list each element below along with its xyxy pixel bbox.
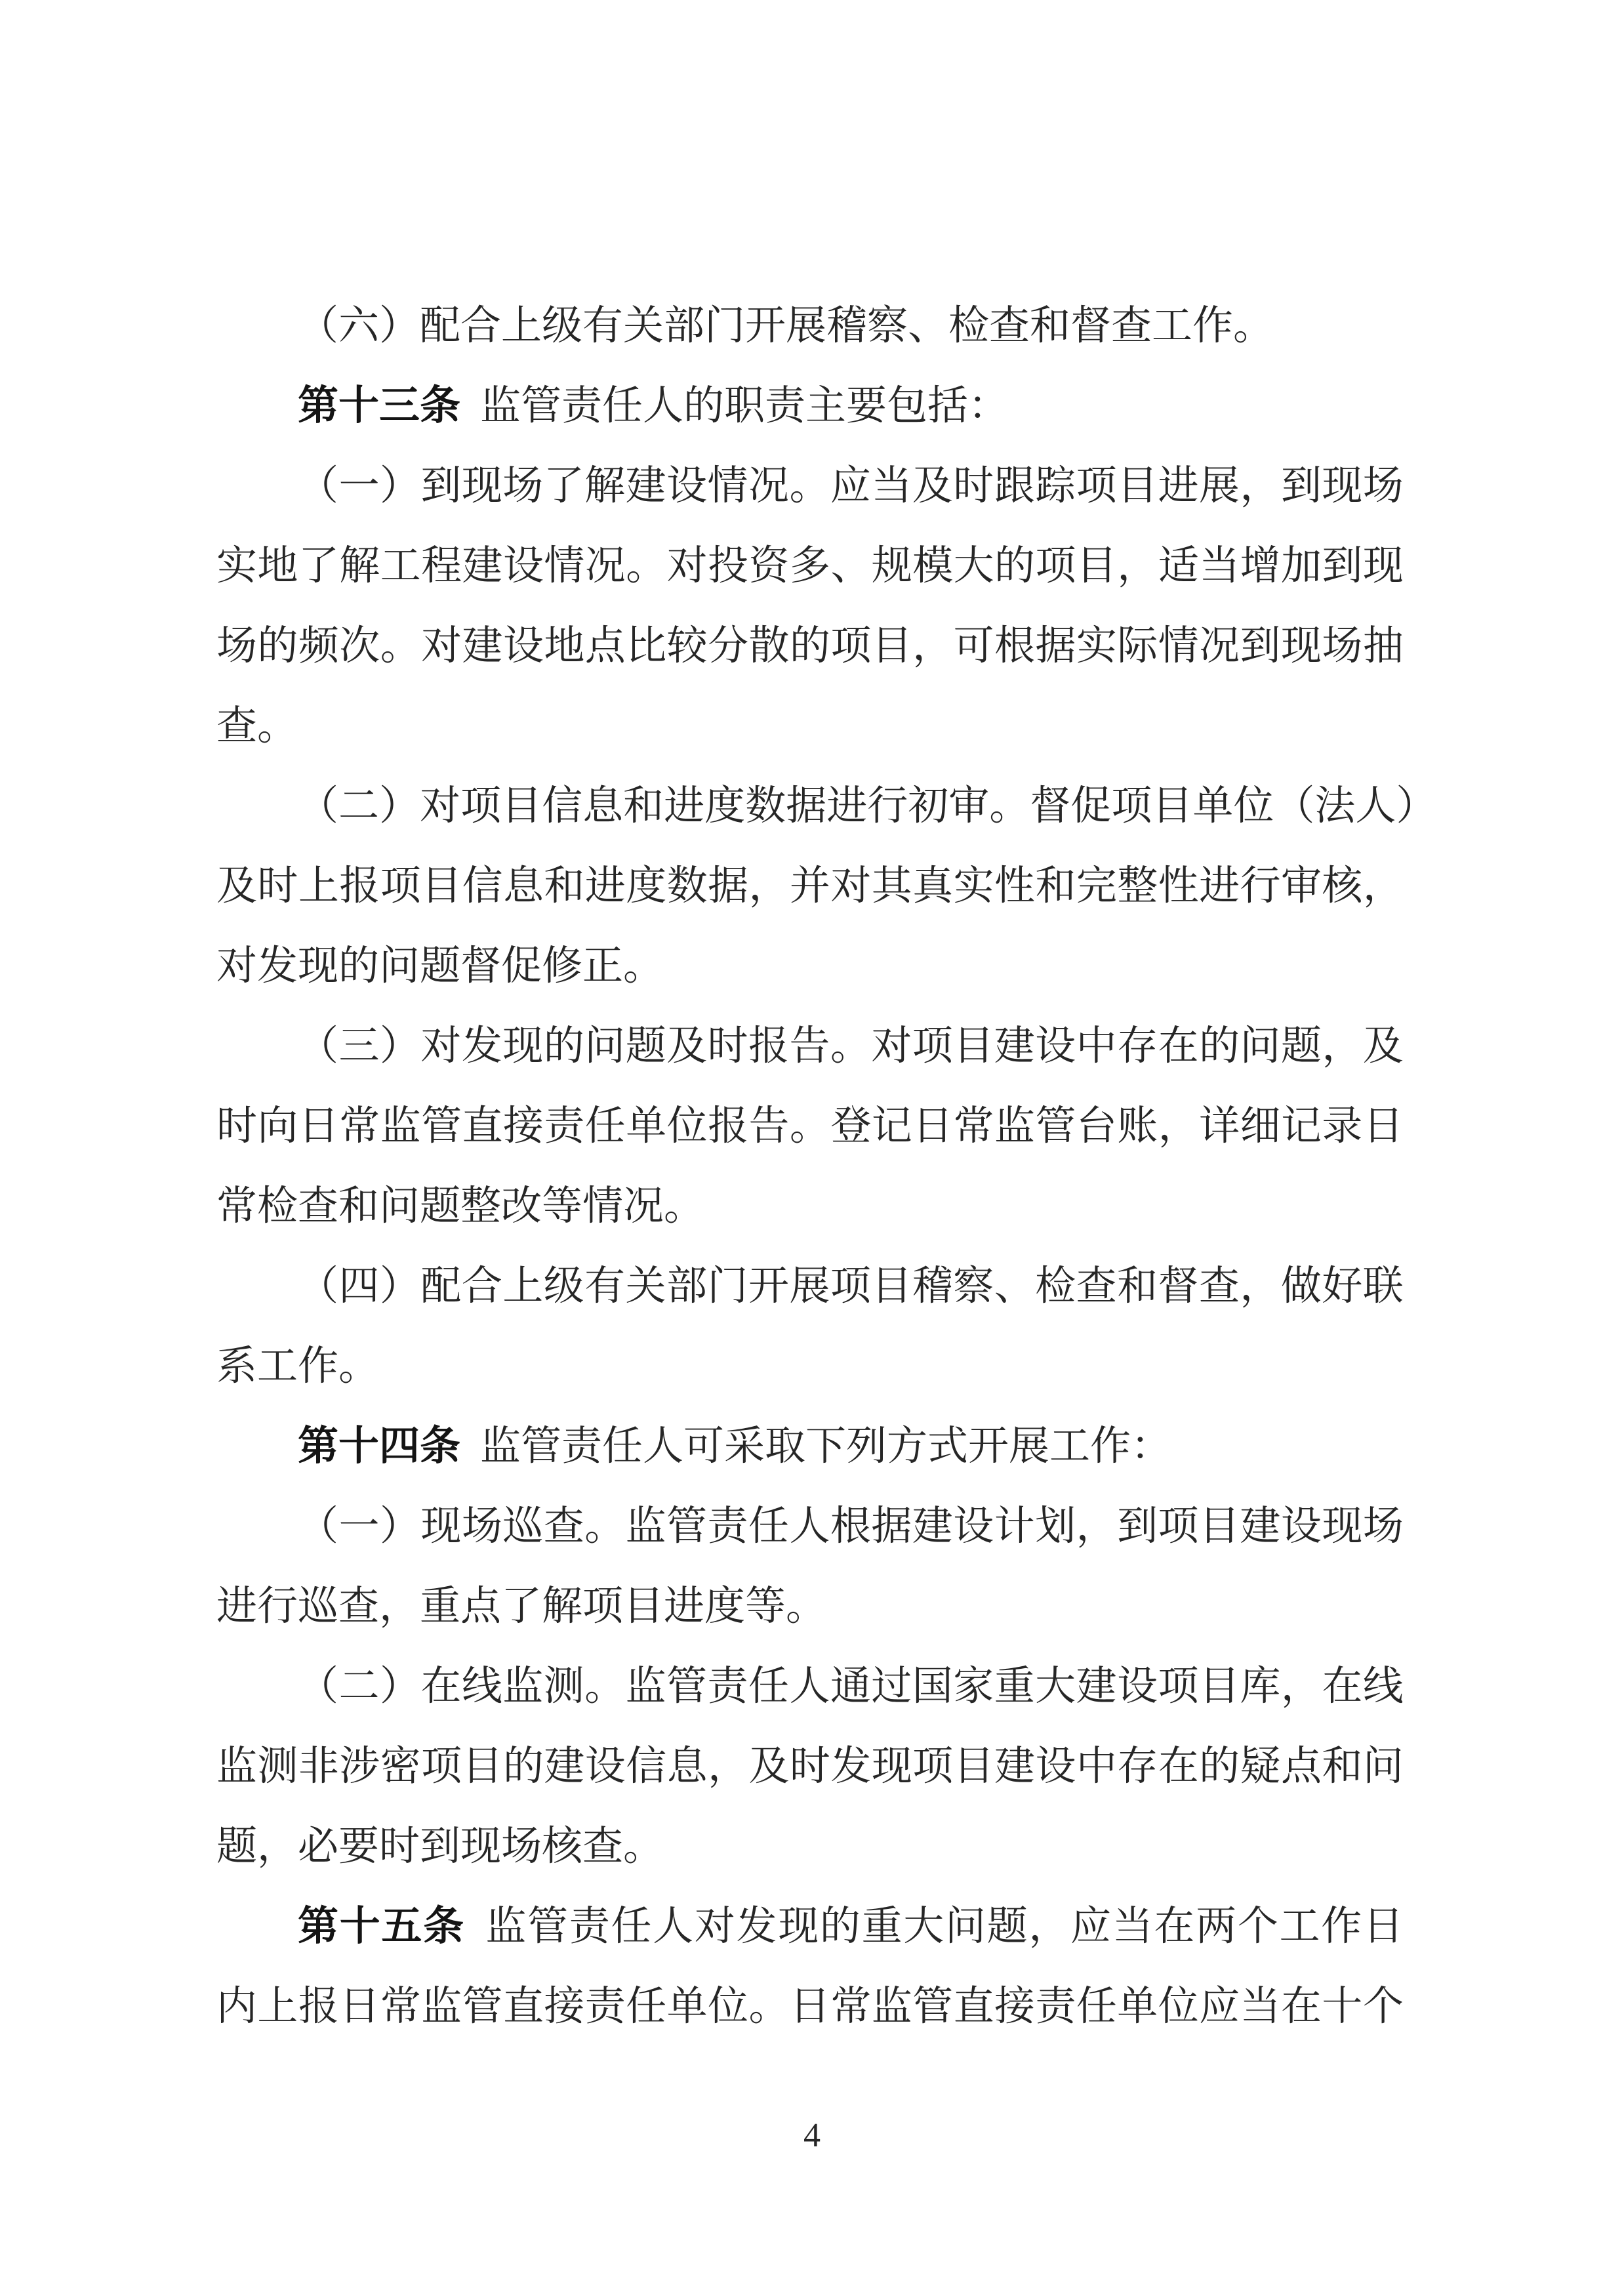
text-char: 对 [695,1887,735,1967]
text-char: 的 [994,526,1035,606]
text-char: 应 [1070,1887,1111,1967]
text-char: 。 [626,526,666,606]
text-char: 责 [585,1967,626,2047]
text-char: 大 [1035,1647,1076,1727]
text-char: 的 [820,1887,861,1967]
text-char: 常 [339,1086,380,1166]
text-char: 两 [1196,1887,1236,1967]
text-char: 设 [666,446,707,526]
text-char: 项 [1158,1486,1199,1566]
text-char: ） [1396,766,1436,846]
text-char: 场 [462,1486,502,1566]
text-char: 位 [1158,1967,1199,2047]
text-char: 行 [867,766,908,846]
text-char: 检 [1035,1246,1076,1326]
text-char: 据 [1035,606,1076,686]
text-char: 时 [953,446,994,526]
text-char: 台 [1076,1086,1117,1166]
text-char: 题 [987,1887,1028,1967]
text-char: 目 [1152,766,1192,846]
text-char: 责 [544,1086,584,1166]
text-line: （三）对发现的问题及时报告。对项目建设中存在的问题，及 [216,1006,1404,1086]
text-char: （ [298,1246,338,1326]
text-char: 到 [1240,606,1281,686]
text-char: 实 [216,526,257,606]
text-char: 人 [789,1647,830,1727]
text-char: 查 [1076,1246,1117,1326]
text-char: 解 [584,446,625,526]
text-char: 常 [954,1086,994,1166]
text-char: 账 [1117,1086,1158,1166]
text-line: 内上报日常监管直接责任单位。日常监管直接责任单位应当在十个 [216,1967,1404,2047]
text-char: 接 [994,1967,1035,2047]
text-char: ） [380,1006,420,1086]
text-char: 促 [1070,766,1111,846]
text-char: 现 [1363,526,1404,606]
text-char: 线 [1363,1647,1404,1727]
text-char: ） [380,446,420,526]
text-char: 及 [912,446,953,526]
text-char: 一 [338,446,379,526]
text-char: （ [298,1647,338,1727]
text-char: 监 [994,1086,1035,1166]
text-char: 信 [462,846,503,926]
text-char: 建 [994,1006,1035,1086]
text-line: （四）配合上级有关部门开展项目稽察、检查和督查，做好联 [216,1246,1404,1326]
text-char: 到 [1117,1486,1158,1566]
text-char: 大 [954,526,994,606]
text-char: 内 [216,1967,257,2047]
text-char: 场 [502,446,543,526]
text-char: 管 [666,1486,707,1566]
text-char: 测 [544,1647,584,1727]
text-char: 当 [1199,526,1240,606]
paragraph: 第十三条监管责任人的职责主要包括： [216,366,1404,446]
paragraph: 第十四条监管责任人可采取下列方式开展工作： [216,1406,1404,1486]
text-char: 任 [748,1647,789,1727]
text-char: ） [380,1486,420,1566]
text-char: 设 [503,526,544,606]
text-char: 据 [708,846,748,926]
text-char: 报 [748,1006,789,1086]
text-char: 目 [871,1246,912,1326]
text-char: 目 [954,1727,994,1807]
text-char: 日 [298,1086,339,1166]
text-char: 建 [626,446,666,526]
text-char: 及 [748,1727,789,1807]
text-char: 到 [420,446,461,526]
text-char: 好 [1322,1246,1362,1326]
text-char: 。 [790,1086,830,1166]
text-char: 场 [216,606,257,686]
text-char: 对 [421,606,462,686]
text-char: 管 [912,1967,953,2047]
text-char: 当 [1240,1967,1281,2047]
text-char: 点 [585,606,626,686]
text-char: 解 [339,526,380,606]
text-char: 常 [830,1967,871,2047]
text-char: 况 [1199,606,1240,686]
text-char: 上 [257,1967,298,2047]
text-char: 察 [953,1246,994,1326]
text-char: 展 [1199,446,1240,526]
text-char: 监 [216,1727,257,1807]
text-char: 建 [462,606,503,686]
text-char: 目 [953,1006,994,1086]
paragraph: 第十五条监管责任人对发现的重大问题，应当在两个工作日内上报日常监管直接责任单位。… [216,1887,1404,2047]
document-text-block: （六）配合上级有关部门开展稽察、检查和督查工作。第十三条监管责任人的职责主要包括… [216,286,1404,2047]
text-char: 问 [1240,1006,1280,1086]
text-char: 。 [830,1006,871,1086]
text-char: 建 [994,1727,1035,1807]
text-line: 第十五条监管责任人对发现的重大问题，应当在两个工作日 [216,1887,1404,1967]
text-char: 管 [1035,1086,1076,1166]
text-char: 在 [1158,1727,1199,1807]
text-char: 加 [1281,526,1322,606]
text-char: 目 [1199,1486,1240,1566]
text-char: ） [380,1647,420,1727]
text-char: 情 [544,526,584,606]
text-char: 项 [1111,766,1152,846]
text-char: 。 [584,1647,625,1727]
text-char: ， [1240,446,1280,526]
text-char: 登 [830,1086,871,1166]
text-char: （ [298,766,338,846]
text-char: 二 [338,766,379,846]
text-char: 进 [664,766,704,846]
text-char: 部 [666,1246,707,1326]
text-char: 目 [1117,446,1158,526]
text-char: 。 [380,606,421,686]
text-char: 通 [830,1647,871,1727]
text-char: 库 [1240,1647,1280,1727]
text-char: 存 [1117,1006,1158,1086]
text-char: 比 [626,606,666,686]
text-char: 的 [503,1727,544,1807]
article-number-label-char: 五 [381,1887,422,1967]
text-line: 及时上报项目信息和进度数据，并对其真实性和完整性进行审核， [216,846,1404,926]
text-char: 设 [1281,1486,1322,1566]
text-char: 日 [1363,1086,1404,1166]
paragraph: （一）现场巡查。监管责任人根据建设计划，到项目建设现场进行巡查，重点了解项目进度… [216,1486,1404,1647]
text-char: 行 [1240,846,1281,926]
text-line: 实地了解工程建设情况。对投资多、规模大的项目，适当增加到现 [216,526,1404,606]
text-char: 中 [1076,1006,1117,1086]
text-run: 题，必要时到现场核查。 [216,1824,664,1869]
text-char: 督 [1158,1246,1199,1326]
text-char: 大 [903,1887,944,1967]
paragraph: （六）配合上级有关部门开展稽察、检查和督查工作。 [216,286,1404,366]
text-char: 接 [544,1967,584,2047]
text-char: 项 [912,1006,953,1086]
text-line: 常检查和问题整改等情况。 [216,1166,1404,1246]
text-char: 建 [1076,1647,1117,1727]
text-run: 系工作。 [216,1344,379,1389]
text-char: 时 [708,1006,748,1086]
text-char: 告 [748,1086,789,1166]
text-char: 在 [1322,1647,1362,1727]
text-char: 情 [708,446,748,526]
text-line: （六）配合上级有关部门开展稽察、检查和督查工作。 [216,286,1404,366]
text-char: 对 [420,1006,461,1086]
text-char: ， [912,606,953,686]
text-char: ， [748,846,789,926]
text-char: 、 [830,526,871,606]
text-line: 进行巡查，重点了解项目进度等。 [216,1566,1404,1647]
text-char: 现 [462,446,502,526]
text-char: 开 [748,1246,789,1326]
text-char: 细 [1240,1086,1281,1166]
text-line: 第十三条监管责任人的职责主要包括： [216,366,1404,446]
text-char: 项 [1076,446,1117,526]
text-char: 题 [1281,1006,1322,1086]
text-char: ， [708,1727,748,1807]
text-char: 目 [462,1727,503,1807]
text-char: 位 [667,1086,708,1166]
text-char: 位 [1233,766,1274,846]
text-char: ， [1281,1647,1322,1727]
text-char: 题 [626,1006,666,1086]
text-char: 管 [527,1887,568,1967]
paragraph: （一）到现场了解建设情况。应当及时跟踪项目进展，到现场实地了解工程建设情况。对投… [216,446,1404,766]
text-char: 上 [502,1246,543,1326]
text-char: 次 [339,606,380,686]
text-line: 系工作。 [216,1326,1404,1406]
text-char: 工 [1279,1887,1320,1967]
text-char: 当 [871,446,912,526]
text-char: 监 [421,1967,462,2047]
text-char: 记 [872,1086,912,1166]
text-char: （ [298,1006,338,1086]
text-char: 目 [1199,1647,1240,1727]
text-line: 监测非涉密项目的建设信息，及时发现项目建设中存在的疑点和问 [216,1727,1404,1807]
text-char: 项 [1158,1647,1199,1727]
text-char: 日 [1363,1887,1404,1967]
text-char: 实 [954,846,994,926]
text-char: 疑 [1240,1727,1281,1807]
text-char: 点 [1281,1727,1322,1807]
text-char: 。 [748,1967,789,2047]
text-char: 个 [1238,1887,1278,1967]
text-char: 况 [585,526,626,606]
text-char: 发 [737,1887,777,1967]
text-char: 工 [380,526,421,606]
text-char: 现 [872,1727,912,1807]
text-char: 直 [503,1967,544,2047]
text-char: 做 [1281,1246,1322,1326]
text-char: 人 [789,1486,830,1566]
text-char: 踪 [1035,446,1076,526]
text-char: 程 [421,526,462,606]
text-char: 据 [786,766,826,846]
text-char: 位 [708,1967,748,2047]
text-char: 时 [216,1086,257,1166]
text-char: 目 [501,766,542,846]
text-char: ， [1117,526,1158,606]
text-char: 重 [994,1647,1035,1727]
text-char: 了 [544,446,584,526]
page-number: 4 [0,2116,1624,2156]
text-char: 和 [623,766,664,846]
article-number-label-char: 条 [423,1887,464,1967]
text-char: 时 [790,1727,830,1807]
text-char: 监 [502,1647,543,1727]
text-char: 任 [626,1967,666,2047]
article-number-label: 第十三条 [298,383,460,428]
text-char: 过 [871,1647,912,1727]
text-char: 地 [544,606,584,686]
text-char: 报 [339,846,380,926]
text-char: 合 [462,1246,502,1326]
text-char: 现 [1322,446,1362,526]
text-char: 场 [1363,446,1404,526]
text-char: 散 [748,606,789,686]
text-line: 题，必要时到现场核查。 [216,1807,1404,1887]
article-number-label: 第十四条 [298,1423,460,1469]
text-char: 现 [420,1486,461,1566]
text-char: 监 [380,1086,421,1166]
text-char: 到 [1322,526,1362,606]
text-char: 其 [872,846,912,926]
text-char: 当 [1112,1887,1153,1967]
text-char: 模 [912,526,953,606]
text-char: 巡 [502,1486,543,1566]
text-run: 监管责任人可采取下列方式开展工作： [480,1424,1171,1469]
text-char: 责 [708,1647,748,1727]
text-char: 联 [1363,1246,1404,1326]
text-char: 分 [708,606,748,686]
text-char: 人 [653,1887,693,1967]
text-char: 建 [544,1727,584,1807]
text-line: （二）在线监测。监管责任人通过国家重大建设项目库，在线 [216,1647,1404,1727]
text-char: 中 [1076,1727,1117,1807]
text-char: 。 [789,446,830,526]
text-char: 根 [830,1486,871,1566]
text-char: 非 [298,1727,339,1807]
text-char: 接 [503,1086,544,1166]
text-line: 查。 [216,686,1404,766]
text-char: 线 [462,1647,502,1727]
text-char: 上 [298,846,339,926]
text-char: 监 [626,1486,666,1566]
text-char: 项 [1035,526,1076,606]
text-char: 场 [1363,1486,1404,1566]
text-char: 责 [569,1887,610,1967]
text-char: 详 [1199,1086,1240,1166]
text-char: 完 [1076,846,1117,926]
text-char: 数 [667,846,708,926]
text-char: 常 [380,1967,421,2047]
text-char: ， [1158,1086,1199,1166]
text-char: 核 [1322,846,1362,926]
text-char: 整 [1117,846,1158,926]
text-run: 进行巡查，重点了解项目进度等。 [216,1584,826,1629]
text-char: 现 [778,1887,819,1967]
text-char: 初 [908,766,948,846]
text-char: ， [1363,846,1404,926]
text-char: 跟 [994,446,1035,526]
text-char: 度 [704,766,745,846]
text-char: 项 [421,1727,462,1807]
text-run: 常检查和问题整改等情况。 [216,1184,704,1229]
text-char: 设 [1035,1727,1076,1807]
text-char: 际 [1117,606,1158,686]
text-char: 查 [544,1486,584,1566]
text-char: 审 [948,766,989,846]
text-char: 人 [1355,766,1396,846]
text-char: 到 [1281,446,1322,526]
text-char: 目 [872,606,912,686]
text-char: 设 [953,1486,994,1566]
text-char: 数 [745,766,786,846]
text-line: （二）对项目信息和进度数据进行初审。督促项目单位（法人） [216,766,1404,846]
text-char: 的 [257,606,298,686]
text-char: 信 [542,766,582,846]
text-char: 划 [1035,1486,1076,1566]
text-char: 日 [790,1967,830,2047]
text-char: 项 [830,1246,871,1326]
text-char: 目 [421,846,462,926]
text-char: 密 [380,1727,421,1807]
text-char: 对 [830,846,871,926]
text-char: 监 [626,1647,666,1727]
text-char: 进 [826,766,867,846]
text-char: 设 [585,1727,626,1807]
text-char: 单 [1192,766,1233,846]
text-char: （ [298,1486,338,1566]
text-char: 的 [1199,1006,1240,1086]
text-char: 和 [1322,1727,1362,1807]
text-char: 报 [298,1967,339,2047]
paragraph: （二）对项目信息和进度数据进行初审。督促项目单位（法人）及时上报项目信息和进度数… [216,766,1404,1006]
text-char: 对 [667,526,708,606]
text-char: 信 [626,1727,666,1807]
text-char: 现 [1281,606,1322,686]
text-line: （一）到现场了解建设情况。应当及时跟踪项目进展，到现场 [216,446,1404,526]
text-char: 单 [1117,1967,1158,2047]
text-char: 在 [1158,1006,1199,1086]
text-run: 监管责任人的职责主要包括： [480,384,1009,428]
text-char: 管 [421,1086,462,1166]
text-char: 了 [298,526,339,606]
text-char: 。 [989,766,1030,846]
text-run: （六）配合上级有关部门开展稽察、检查和督查工作。 [298,304,1274,348]
text-char: 和 [544,846,584,926]
text-char: 门 [708,1246,748,1326]
text-char: 息 [503,846,544,926]
text-char: 责 [708,1486,748,1566]
text-char: 管 [462,1967,503,2047]
text-char: 可 [954,606,994,686]
text-char: 问 [584,1006,625,1086]
text-char: 场 [1322,606,1362,686]
text-char: （ [298,446,338,526]
text-char: 进 [1199,846,1240,926]
text-char: 性 [994,846,1035,926]
text-run: 对发现的问题督促修正。 [216,944,664,989]
text-char: 据 [871,1486,912,1566]
text-char: 的 [790,606,830,686]
text-char: （ [1274,766,1314,846]
text-char: 性 [1158,846,1199,926]
text-char: 设 [1035,1006,1076,1086]
text-char: ， [1240,1246,1280,1326]
text-char: 向 [257,1086,298,1166]
text-char: 及 [666,1006,707,1086]
text-char: 的 [1199,1727,1240,1807]
text-char: 重 [862,1887,903,1967]
text-char: 应 [830,446,871,526]
